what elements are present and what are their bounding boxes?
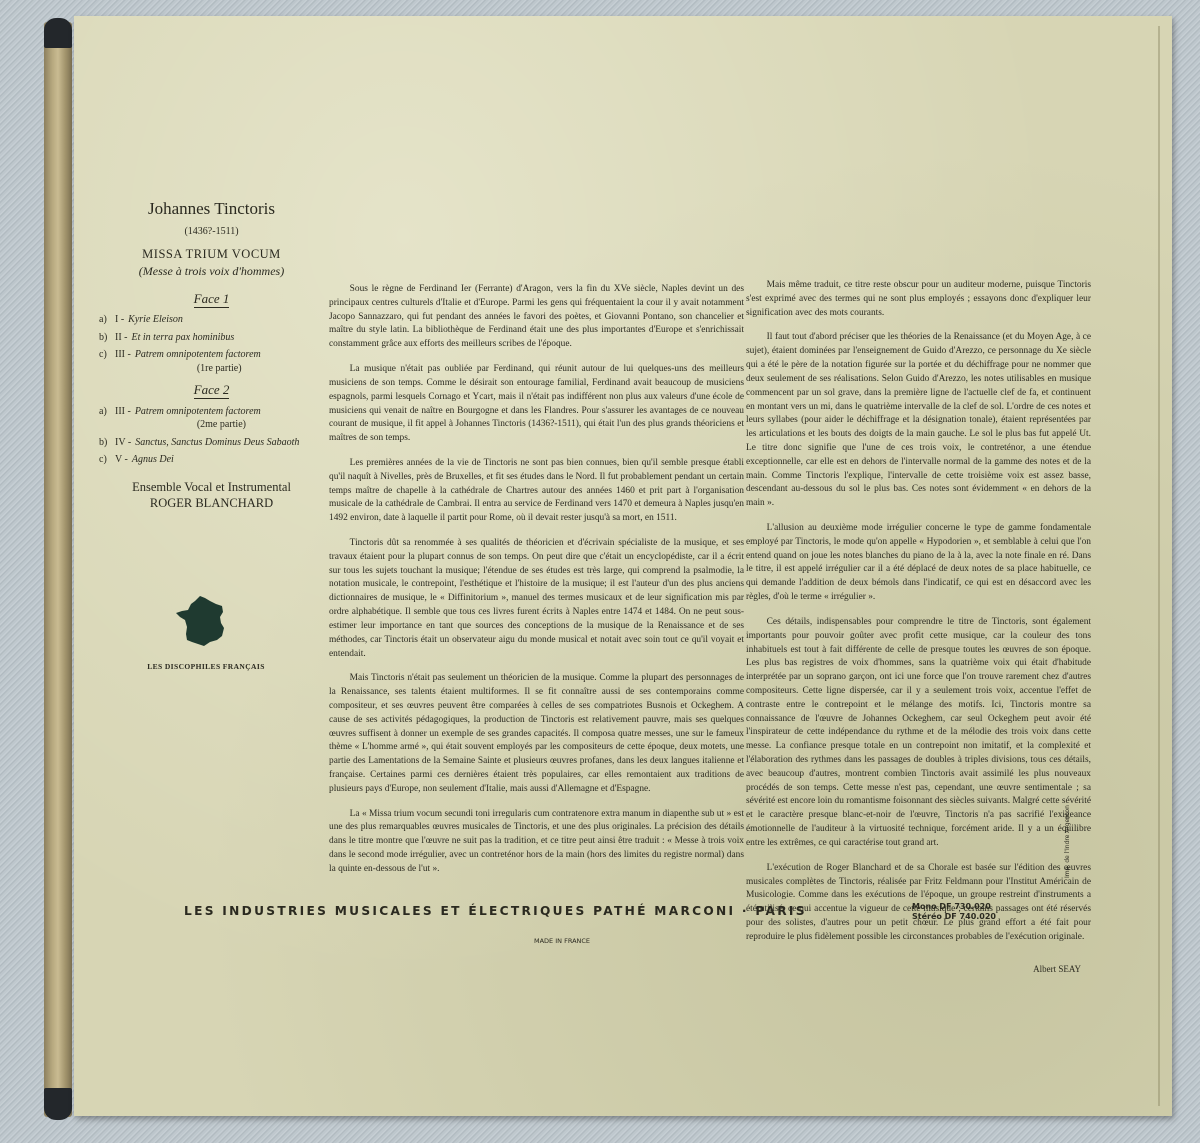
liner-paragraph: L'allusion au deuxième mode irrégulier c… [746,522,1091,605]
track-item: c)III -Patrem omnipotentem factorem(1re … [99,348,324,375]
france-map-logo-icon [172,592,232,652]
face-heading: Face 1 [99,290,324,308]
track-item: a)III -Patrem omnipotentem factorem(2me … [99,405,324,432]
track-item: b)IV -Sanctus, Sanctus Dominus Deus Saba… [99,436,324,450]
track-letter: b) [99,331,115,345]
track-number: I - [115,313,124,327]
track-item: c)V -Agnus Dei [99,453,324,467]
track-number: IV - [115,436,131,450]
dowel-cap-top [44,18,72,48]
work-title: MISSA TRIUM VOCUM [99,246,324,263]
track-letter: c) [99,453,115,467]
author-signature: Albert SEAY [746,963,1091,976]
track-number: II - [115,331,128,345]
liner-paragraph: La musique n'était pas oubliée par Ferdi… [329,363,744,446]
track-part: (1re partie) [135,362,261,376]
record-sleeve-back: Johannes Tinctoris (1436?-1511) MISSA TR… [74,16,1172,1116]
catalog-stereo: Stéréo DF 740.020 [912,912,996,922]
binder-dowel [44,22,72,1117]
liner-paragraph: Il faut tout d'abord préciser que les th… [746,331,1091,511]
track-part: (2me partie) [135,418,261,432]
track-letter: c) [99,348,115,375]
face-label: Face 1 [194,291,230,308]
catalog-mono: Mono DF 730.020 [912,902,996,912]
ensemble-credit: Ensemble Vocal et Instrumental ROGER BLA… [99,479,324,513]
track-title: Et in terra pax hominibus [132,332,235,343]
liner-paragraph: Sous le règne de Ferdinand Ier (Ferrante… [329,283,744,352]
publisher-line: LES INDUSTRIES MUSICALES ET ÉLECTRIQUES … [184,904,807,918]
conductor-name: ROGER BLANCHARD [99,495,324,512]
dowel-cap-bottom [44,1088,72,1120]
track-item: a)I -Kyrie Eleison [99,313,324,327]
track-item: b)II -Et in terra pax hominibus [99,331,324,345]
ensemble-name: Ensemble Vocal et Instrumental [99,479,324,496]
track-listing-panel: Johannes Tinctoris (1436?-1511) MISSA TR… [99,198,324,512]
catalog-numbers: Mono DF 730.020 Stéréo DF 740.020 [912,902,996,923]
liner-paragraph: Mais Tinctoris n'était pas seulement un … [329,672,744,796]
printer-credit: Imp. de l'Indre Argenton [1064,805,1071,878]
composer-name: Johannes Tinctoris [99,198,324,221]
track-title: Patrem omnipotentem factorem [135,349,261,360]
face-label: Face 2 [194,382,230,399]
track-title: Agnus Dei [132,454,174,465]
made-in-france: MADE IN FRANCE [534,937,590,945]
track-number: III - [115,348,131,375]
track-number: III - [115,405,131,432]
track-title: Sanctus, Sanctus Dominus Deus Sabaoth [135,437,299,448]
faces-list: Face 1a)I -Kyrie Eleisonb)II -Et in terr… [99,290,324,467]
track-title: Kyrie Eleison [128,314,183,325]
face-heading: Face 2 [99,381,324,399]
track-number: V - [115,453,128,467]
work-subtitle: (Messe à trois voix d'hommes) [99,263,324,279]
label-name: LES DISCOPHILES FRANÇAIS [126,662,286,671]
composer-dates: (1436?-1511) [99,225,324,239]
liner-notes-column-1: Sous le règne de Ferdinand Ier (Ferrante… [329,283,744,888]
track-title: Patrem omnipotentem factorem [135,406,261,417]
track-letter: a) [99,405,115,432]
liner-paragraph: Ces détails, indispensables pour compren… [746,616,1091,851]
liner-notes-column-2: Mais même traduit, ce titre reste obscur… [746,279,1091,976]
liner-paragraph: Les premières années de la vie de Tincto… [329,457,744,526]
sleeve-fold-edge [1158,26,1160,1106]
track-letter: a) [99,313,115,327]
liner-paragraph: Tinctoris dût sa renommée à ses qualités… [329,537,744,661]
liner-notes-paragraphs: Mais même traduit, ce titre reste obscur… [746,279,1091,945]
track-letter: b) [99,436,115,450]
liner-paragraph: Mais même traduit, ce titre reste obscur… [746,279,1091,320]
liner-paragraph: La « Missa trium vocum secundi toni irre… [329,808,744,877]
